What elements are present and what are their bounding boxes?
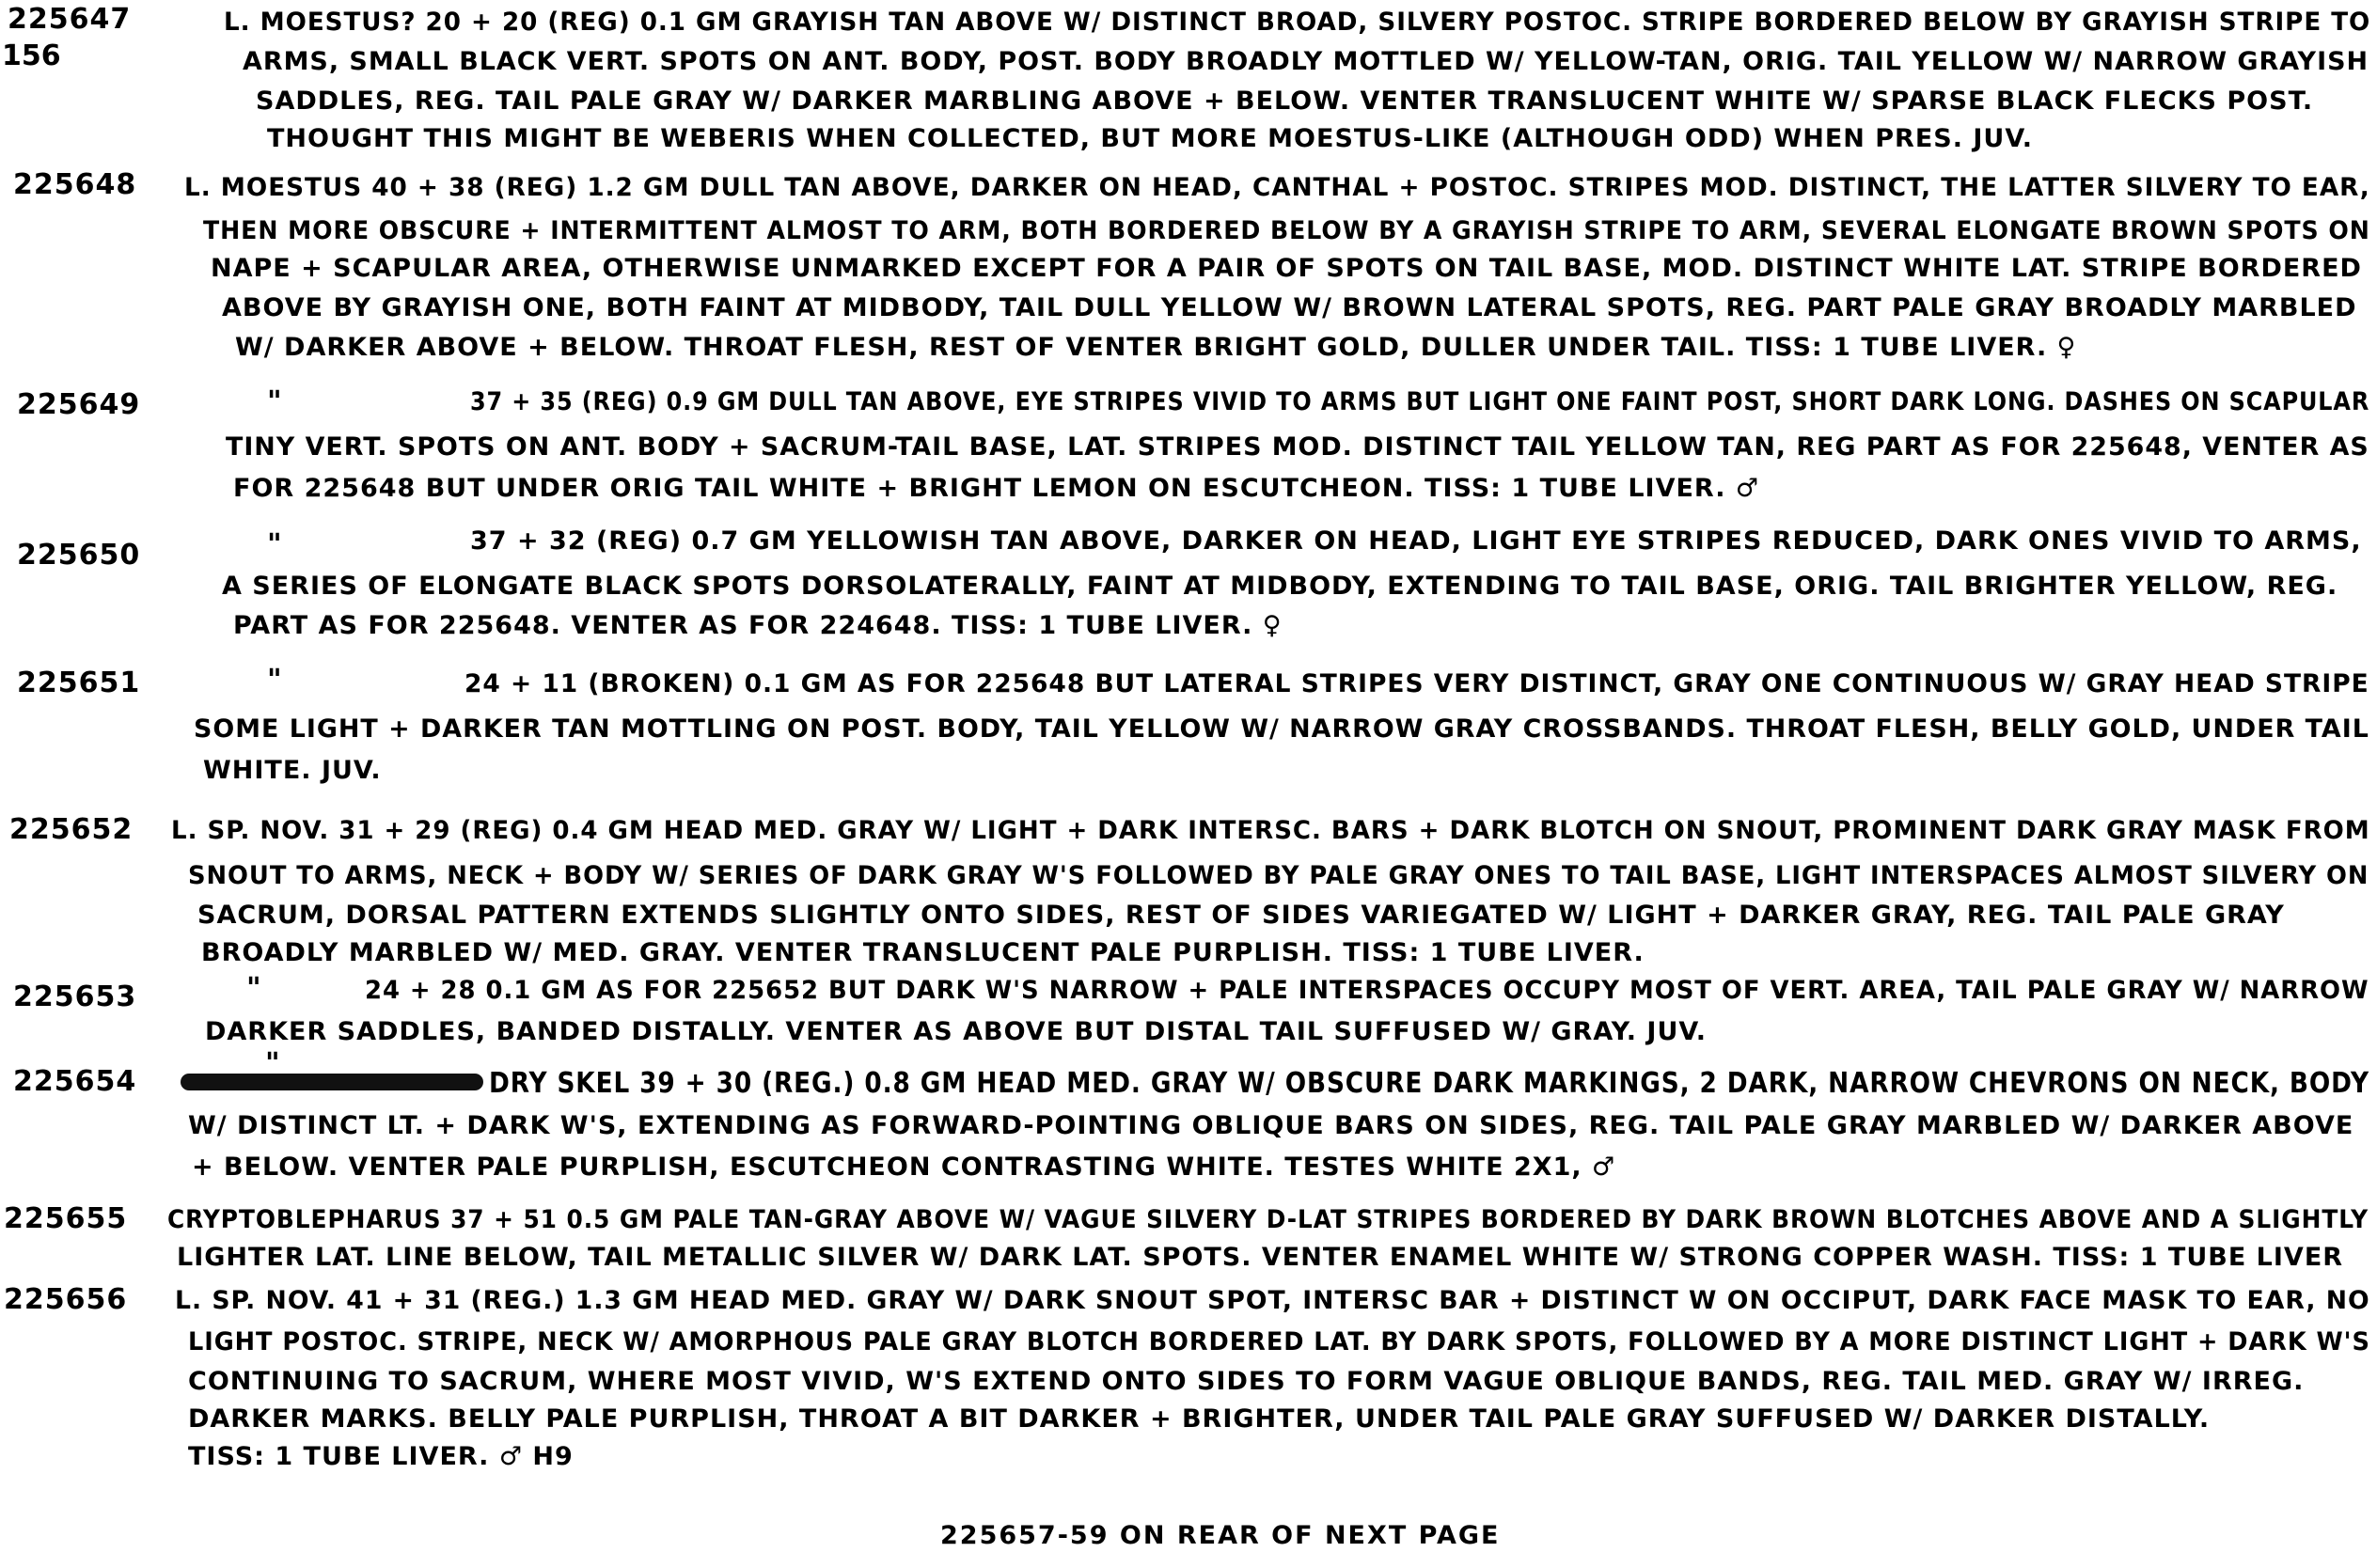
entry-line: W/ DISTINCT LT. + DARK W'S, EXTENDING AS… [188, 1113, 2353, 1138]
entry-line: PART AS FOR 225648. VENTER AS FOR 224648… [233, 613, 1283, 638]
entry-line: W/ DARKER ABOVE + BELOW. THROAT FLESH, R… [235, 335, 2076, 360]
entry-line: SADDLES, REG. TAIL PALE GRAY W/ DARKER M… [256, 88, 2313, 114]
entry-line: TISS: 1 TUBE LIVER. ♂ H9 [188, 1444, 574, 1469]
entry-line: DARKER SADDLES, BANDED DISTALLY. VENTER … [205, 1019, 1707, 1044]
ditto-mark: " [246, 972, 261, 1005]
entry-line: SACRUM, DORSAL PATTERN EXTENDS SLIGHTLY … [197, 902, 2285, 928]
notebook-page: 156 225647 L. MOESTUS? 20 + 20 (REG) 0.1… [0, 0, 2377, 1568]
catalog-number: 225647 [8, 6, 131, 34]
entry-line: L. MOESTUS? 20 + 20 (REG) 0.1 gm GRAYISH… [224, 9, 2370, 35]
entry-line: NAPE + SCAPULAR AREA, OTHERWISE UNMARKED… [211, 256, 2362, 281]
entry-line: LIGHT POSTOC. STRIPE, NECK W/ AMORPHOUS … [188, 1329, 2370, 1355]
entry-line: A SERIES OF ELONGATE BLACK SPOTS DORSOLA… [222, 573, 2338, 599]
entry-line: DRY SKEL 39 + 30 (REG.) 0.8 gm HEAD MED.… [489, 1070, 2369, 1098]
entry-line: ARMS, SMALL BLACK VERT. SPOTS ON ANT. BO… [243, 49, 2369, 74]
entry-line: L. SP. NOV. 31 + 29 (REG) 0.4 gm HEAD ME… [171, 818, 2370, 843]
struck-out-text [181, 1074, 483, 1090]
entry-line: 24 + 28 0.1 gm AS FOR 225652 BUT DARK W'… [365, 978, 2369, 1003]
entry-line: CONTINUING TO SACRUM, WHERE MOST VIVID, … [188, 1369, 2304, 1394]
catalog-number: 225656 [4, 1286, 127, 1314]
catalog-number: 225651 [17, 669, 140, 698]
entry-line: WHITE. JUV. [203, 758, 382, 783]
catalog-number: 225654 [13, 1068, 136, 1096]
catalog-number: 225655 [4, 1205, 127, 1233]
margin-note: 156 [2, 39, 61, 72]
entry-line: LIGHTER LAT. LINE BELOW, TAIL METALLIC S… [177, 1245, 2343, 1270]
entry-line: BROADLY MARBLED W/ MED. GRAY. VENTER TRA… [201, 940, 1645, 965]
entry-line: 37 + 32 (REG) 0.7 gm YELLOWISH TAN ABOVE… [470, 528, 2362, 554]
catalog-number: 225652 [9, 816, 133, 844]
entry-line: TINY VERT. SPOTS ON ANT. BODY + SACRUM-T… [226, 434, 2369, 460]
entry-line: L. SP. NOV. 41 + 31 (REG.) 1.3 gm HEAD M… [175, 1288, 2370, 1313]
entry-line: 24 + 11 (BROKEN) 0.1 gm AS FOR 225648 BU… [464, 671, 2369, 697]
entry-line: SNOUT TO ARMS, NECK + BODY W/ SERIES OF … [188, 863, 2369, 888]
ditto-mark: " [267, 528, 282, 561]
ditto-mark: " [267, 385, 282, 418]
entry-line: THEN MORE OBSCURE + INTERMITTENT ALMOST … [203, 218, 2370, 243]
entry-line: SOME LIGHT + DARKER TAN MOTTLING ON POST… [194, 716, 2369, 742]
ditto-mark: " [267, 664, 282, 697]
entry-line: THOUGHT THIS MIGHT BE WEBERIS WHEN COLLE… [267, 126, 2033, 151]
catalog-number: 225649 [17, 391, 140, 419]
catalog-number: 225650 [17, 541, 140, 570]
entry-line: + BELOW. VENTER PALE PURPLISH, ESCUTCHEO… [192, 1154, 1615, 1180]
entry-line: DARKER MARKS. BELLY PALE PURPLISH, THROA… [188, 1406, 2210, 1432]
entry-line: CRYPTOBLEPHARUS 37 + 51 0.5 gm PALE TAN-… [167, 1207, 2369, 1232]
catalog-number: 225648 [13, 171, 136, 199]
entry-line: L. MOESTUS 40 + 38 (REG) 1.2 gm DULL TAN… [184, 175, 2370, 200]
entry-line: FOR 225648 BUT UNDER ORIG TAIL WHITE + B… [233, 476, 1759, 501]
entry-line: 37 + 35 (REG) 0.9 gm DULL TAN ABOVE, EYE… [470, 389, 2369, 415]
entry-line: ABOVE BY GRAYISH ONE, BOTH FAINT AT MIDB… [222, 295, 2357, 321]
continuation-note: 225657-59 ON REAR OF NEXT PAGE [940, 1521, 1500, 1550]
catalog-number: 225653 [13, 983, 136, 1011]
